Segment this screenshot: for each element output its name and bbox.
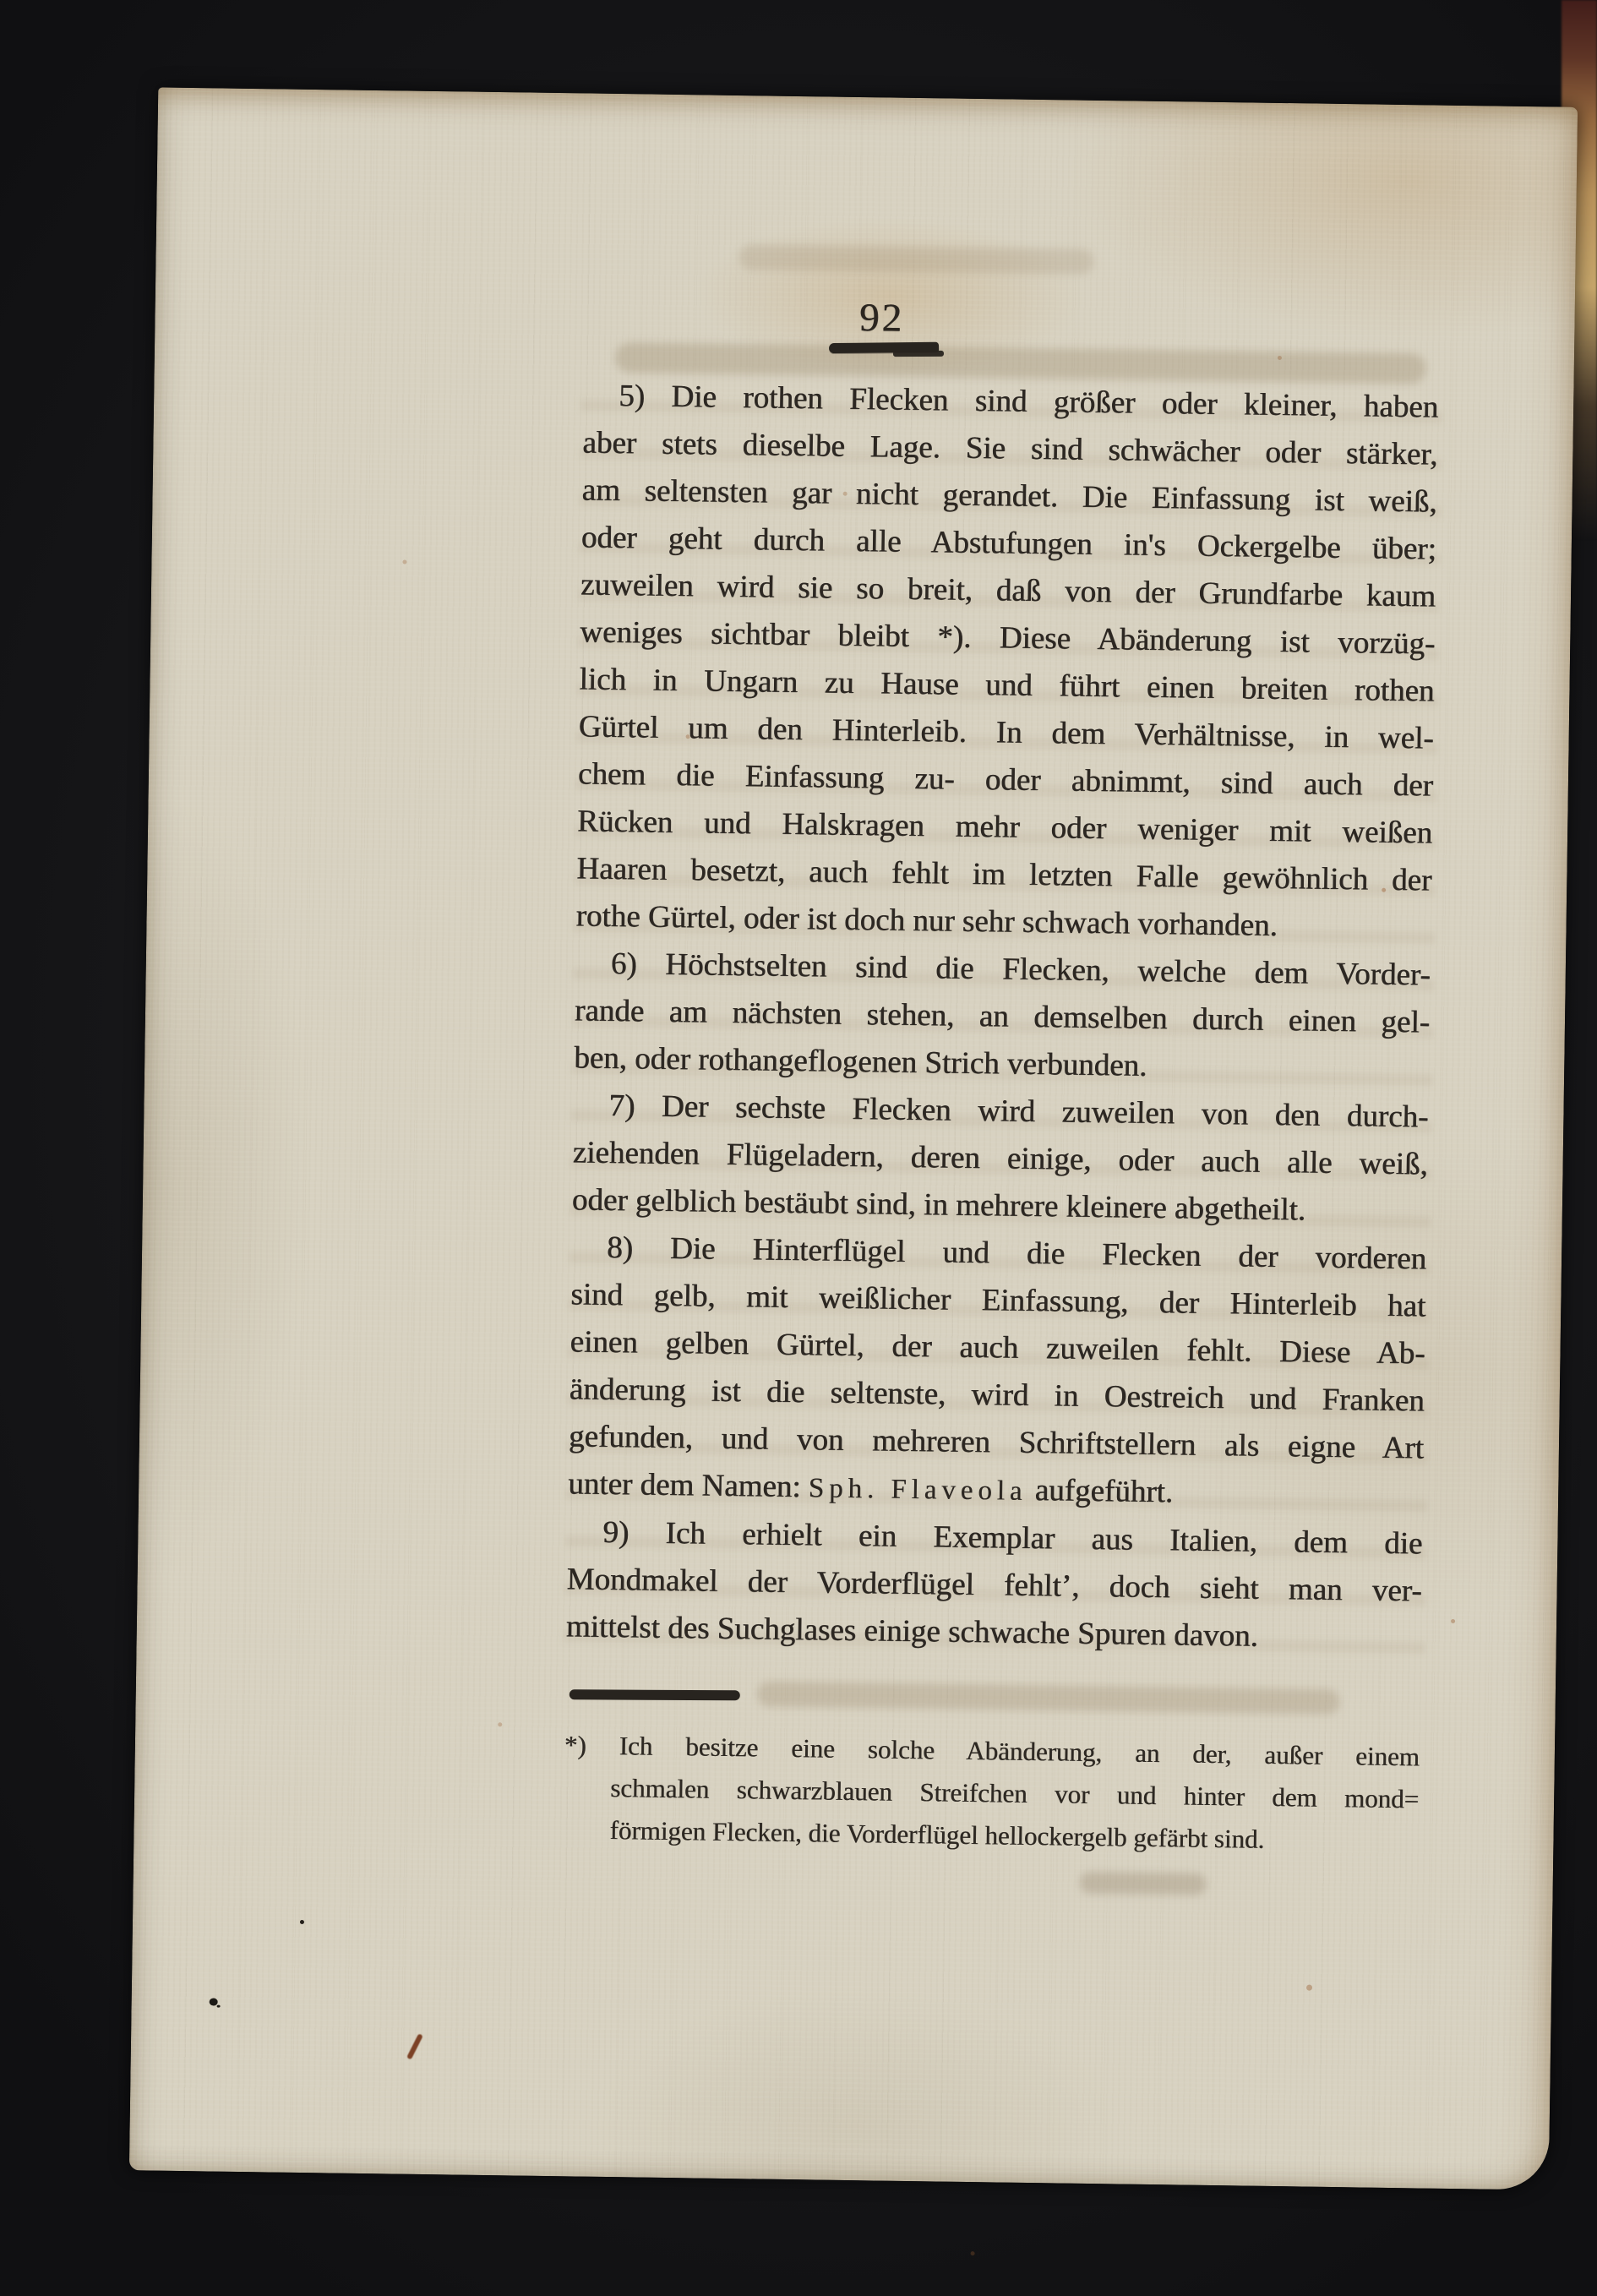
text-segment: aufgeführt. (1027, 1473, 1173, 1509)
page-number-underline-tail (893, 351, 944, 357)
paper-speck (300, 1920, 304, 1924)
page-number: 92 (797, 294, 967, 342)
showthrough-smudge (739, 244, 1093, 275)
text-segment: unter dem Namen: (568, 1466, 809, 1504)
footnote-separator-rule (570, 1689, 740, 1700)
showthrough-smudge (757, 1681, 1340, 1715)
book-page: 92 5) Die rothen Flecken sind größer ode… (129, 87, 1578, 2190)
foxing-spots (158, 87, 161, 90)
species-name-latin: Sph. Flaveola (809, 1473, 1027, 1507)
main-text: 5) Die rothen Flecken sind größer oder k… (566, 372, 1439, 1662)
paper-fiber (406, 2033, 423, 2059)
footnote: *) Ich besitze eine solche Abänderung, a… (563, 1724, 1420, 1862)
showthrough-smudge (1080, 1872, 1207, 1895)
paper-speck (210, 1998, 218, 2005)
